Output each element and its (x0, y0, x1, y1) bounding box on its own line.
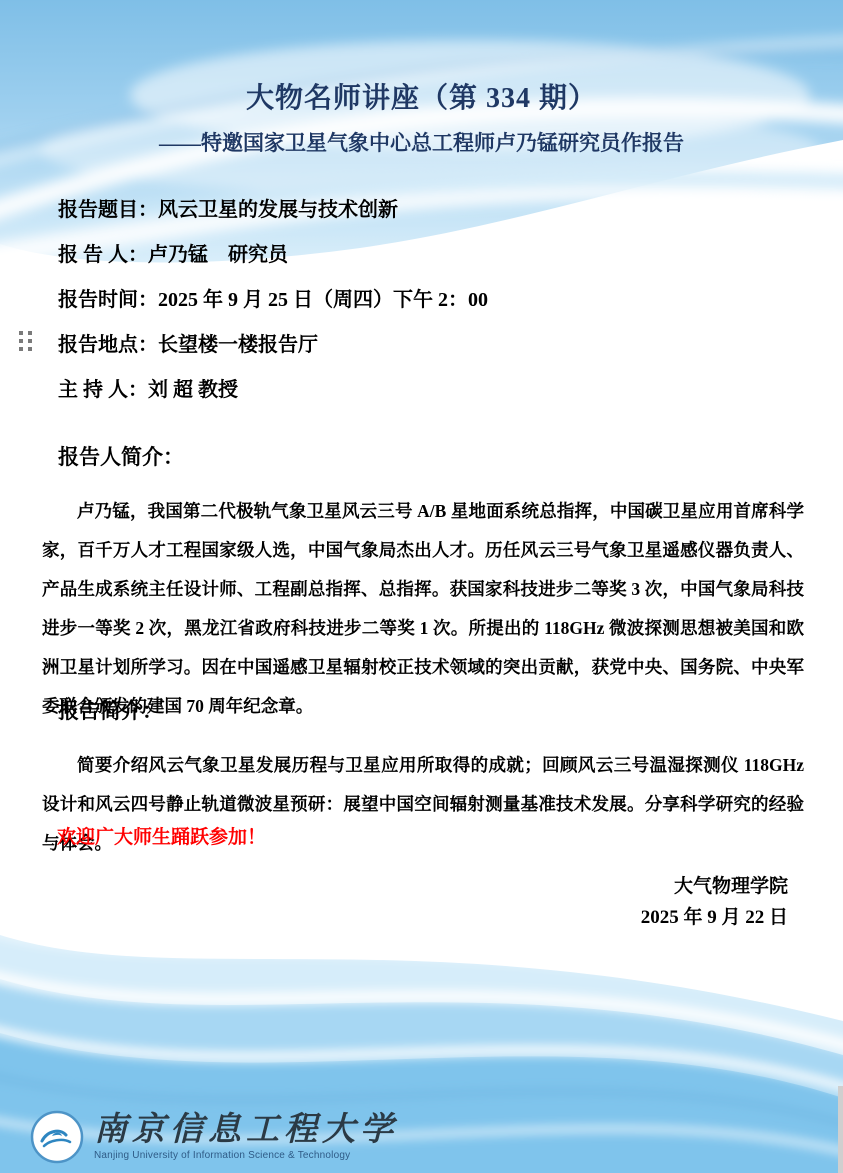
page-edge-strip (838, 1086, 843, 1173)
signature-date: 2025 年 9 月 22 日 (641, 902, 788, 933)
detail-label: 报 告 人： (58, 233, 148, 278)
university-logo-icon (30, 1110, 84, 1164)
detail-label: 主 持 人： (58, 368, 148, 413)
detail-label: 报告时间： (58, 278, 158, 323)
signature-block: 大气物理学院 2025 年 9 月 22 日 (641, 871, 788, 933)
speaker-bio-text: 卢乃锰，我国第二代极轨气象卫星风云三号 A/B 星地面系统总指挥，中国碳卫星应用… (42, 492, 804, 726)
page-subtitle: ——特邀国家卫星气象中心总工程师卢乃锰研究员作报告 (0, 127, 843, 157)
detail-value: 刘 超 教授 (148, 379, 238, 401)
university-name-block: 南京信息工程大学 Nanjing University of Informati… (94, 1114, 398, 1161)
signature-organization: 大气物理学院 (641, 871, 788, 902)
detail-value: 2025 年 9 月 25 日（周四）下午 2：00 (158, 289, 488, 311)
detail-value: 长望楼一楼报告厅 (158, 334, 318, 356)
welcome-line: 欢迎广大师生踊跃参加！ (57, 822, 266, 849)
speaker-bio-heading: 报告人简介： (58, 441, 184, 471)
detail-value: 卢乃锰 研究员 (148, 244, 288, 266)
lecture-details: 报告题目：风云卫星的发展与技术创新 报 告 人：卢乃锰 研究员 报告时间：202… (58, 188, 488, 413)
drag-handle-dots-icon[interactable] (19, 331, 32, 351)
detail-label: 报告题目： (58, 188, 158, 233)
detail-row-host: 主 持 人：刘 超 教授 (58, 368, 488, 413)
abstract-heading: 报告简介： (58, 695, 163, 725)
university-logo: 南京信息工程大学 Nanjing University of Informati… (30, 1110, 398, 1164)
detail-row-topic: 报告题目：风云卫星的发展与技术创新 (58, 188, 488, 233)
detail-row-time: 报告时间：2025 年 9 月 25 日（周四）下午 2：00 (58, 278, 488, 323)
university-name-en: Nanjing University of Information Scienc… (94, 1151, 398, 1161)
university-name-cn: 南京信息工程大学 (94, 1114, 398, 1147)
detail-value: 风云卫星的发展与技术创新 (158, 199, 398, 221)
page-title: 大物名师讲座（第 334 期） (0, 76, 843, 116)
detail-row-location: 报告地点：长望楼一楼报告厅 (58, 323, 488, 368)
detail-label: 报告地点： (58, 323, 158, 368)
detail-row-speaker: 报 告 人：卢乃锰 研究员 (58, 233, 488, 278)
